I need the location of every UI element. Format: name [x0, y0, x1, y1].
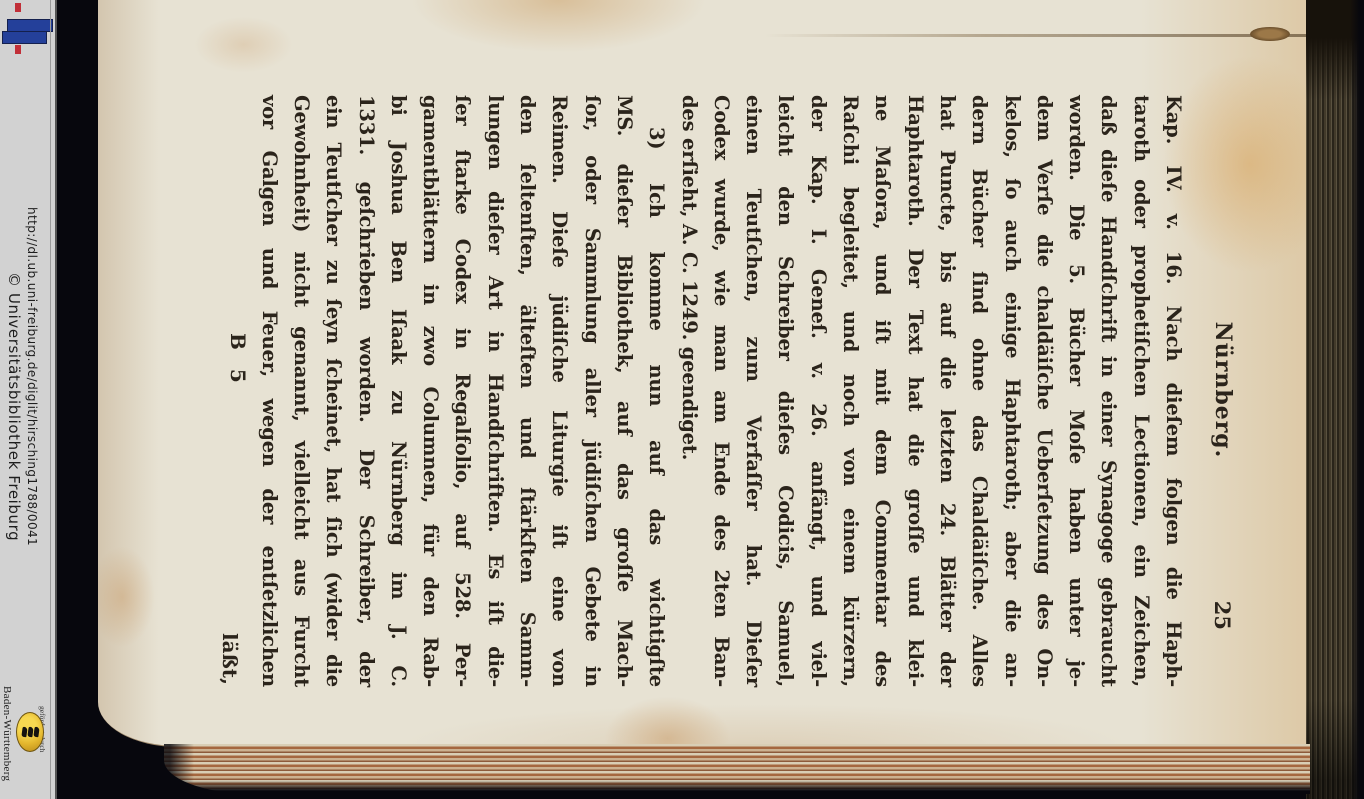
text-line: kelos, ſo auch einige Haphtaroth; aber d… — [995, 95, 1027, 687]
text-line: einen Teutſchen, zum Verfaſſer hat. Dieſ… — [737, 95, 769, 687]
page-number: 25 — [1210, 601, 1235, 630]
lion-glyph — [27, 727, 33, 738]
text-line: ne Maſora, und iſt mit dem Commentar des — [866, 95, 898, 687]
lion-glyph — [21, 727, 27, 738]
page-header-title: Nürnberg. — [1210, 322, 1236, 459]
text-line: Reimen. Dieſe jüdiſche Liturgie iſt eine… — [543, 95, 575, 687]
text-line: des erſieht, A. C. 1249. geendiget. — [672, 95, 704, 687]
text-line: der Kap. I. Geneſ. v. 26. anfängt, und v… — [801, 95, 833, 687]
text-line: worden. Die 5. Bücher Moſe haben unter j… — [1060, 95, 1092, 687]
page-text-block: Kap. IV. v. 16. Nach dieſem folgen die H… — [252, 95, 1189, 687]
text-line: dern Bücher ſind ohne das Chaldäiſche. A… — [963, 95, 995, 687]
copyright-text: © Universitätsbibliothek Freiburg — [5, 272, 23, 541]
digitization-info-strip: http://dl.ub.uni-freiburg.de/diglit/hirs… — [0, 0, 57, 799]
catchword: läßt, — [218, 633, 242, 685]
mark-red-tick-top — [15, 3, 21, 12]
text-line: daß dieſe Handſchrift in einer Synagoge … — [1092, 95, 1124, 687]
text-line: Raſchi begleitet, und noch von einem kür… — [834, 95, 866, 687]
text-line: lungen dieſer Art in Handſchriften. Es i… — [478, 95, 510, 687]
text-line: leicht den Schreiber dieſes Codicis, Sam… — [769, 95, 801, 687]
mark-red-tick-bottom — [15, 45, 21, 54]
text-line: Gewohnheit) nicht genannt, vielleicht au… — [285, 95, 317, 687]
rotated-page-content: Nürnberg. 25 Kap. IV. v. 16. Nach dieſem… — [98, 0, 1310, 746]
text-line: MS. dieſer Bibliothek, auf das groſſe Ma… — [608, 95, 640, 687]
book-page: Nürnberg. 25 Kap. IV. v. 16. Nach dieſem… — [98, 0, 1310, 747]
page-footer-line: B 5 läßt, — [210, 95, 250, 685]
funding-region-label: Baden-Württemberg — [1, 686, 13, 781]
digitized-book-scan: http://dl.ub.uni-freiburg.de/diglit/hirs… — [0, 0, 1364, 799]
text-line: Codex wurde, wie man am Ende des 2ten Ba… — [705, 95, 737, 687]
page-stack-bottom-edge — [164, 744, 1310, 794]
text-line: hat Puncte, bis auf die letzten 24. Blät… — [931, 95, 963, 687]
text-line: 3) Ich komme nun auf das wichtigſte — [640, 95, 672, 687]
text-line: den ſeltenſten, älteſten und ſtärkſten S… — [511, 95, 543, 687]
text-line: Kap. IV. v. 16. Nach dieſem folgen die H… — [1157, 95, 1189, 687]
baden-wuerttemberg-coat-of-arms — [16, 712, 44, 752]
text-line: dem Verſe die chaldäiſche Ueberſetzung d… — [1028, 95, 1060, 687]
text-line: taroth oder prophetiſchen Lectionen, ein… — [1124, 95, 1156, 687]
mark-blue-bar-lower — [2, 31, 47, 44]
lion-glyph — [33, 727, 39, 738]
text-line: ein Teutſcher zu ſeyn ſcheinet, hat ſich… — [317, 95, 349, 687]
text-line: ſor, oder Sammlung aller jüdiſchen Gebet… — [575, 95, 607, 687]
running-header: Nürnberg. 25 — [1202, 95, 1236, 685]
text-line: bi Joshua Ben Iſaak zu Nürnberg im J. C. — [382, 95, 414, 687]
text-line: 1331. geſchrieben worden. Der Schreiber,… — [349, 95, 381, 687]
text-line: gamentblättern in zwo Columnen, für den … — [414, 95, 446, 687]
text-line: Haphtaroth. Der Text hat die groſſe und … — [898, 95, 930, 687]
book-fore-edge — [1306, 0, 1364, 799]
text-line: vor Galgen und Feuer, wegen der entſetzl… — [252, 95, 284, 687]
text-line: ſer ſtarke Codex in Regalfolio, auf 528.… — [446, 95, 478, 687]
color-calibration-mark — [0, 0, 55, 60]
signature-mark: B 5 — [226, 333, 250, 389]
source-url-text: http://dl.ub.uni-freiburg.de/diglit/hirs… — [25, 207, 39, 546]
